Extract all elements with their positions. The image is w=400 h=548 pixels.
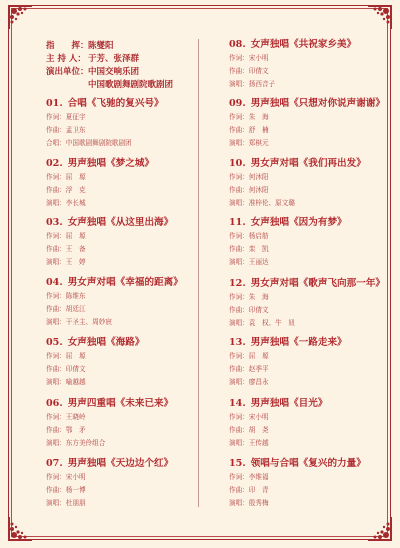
performer-line: 演唱：干圣主、周妙宸 — [46, 316, 206, 329]
performance-credits: 指 挥： 陈燮阳 主 持 人： 于芳、张泽群 演出单位： 中国交响乐团 中国歌剧… — [46, 40, 173, 92]
composer-line: 作曲：印倩文 — [229, 304, 389, 317]
program-item-title: 02.男声独唱《梦之城》 — [46, 157, 206, 171]
composer-line: 作曲：鄂 矛 — [46, 424, 206, 437]
program-item-09: 09.男声独唱《只想对你说声谢谢》 作词：朱 海 作曲：舒 楠 演唱：郑棋元 — [229, 97, 389, 150]
program-item-title: 10.男女声对唱《我们再出发》 — [229, 157, 389, 171]
corner-ornament-icon — [368, 517, 394, 543]
composer-line: 作曲：杨一博 — [46, 484, 206, 497]
performer-line: 演唱：袁 权、牛 妞 — [229, 317, 389, 330]
credit-conductor: 指 挥： 陈燮阳 — [46, 40, 173, 53]
program-item-title: 09.男声独唱《只想对你说声谢谢》 — [229, 97, 389, 111]
performer-line: 演唱：杜朋朋 — [46, 497, 206, 510]
credit-value: 陈燮阳 — [88, 40, 114, 53]
lyricist-line: 作词：屈 塬 — [46, 230, 206, 243]
lyricist-line: 作词：宋小明 — [229, 52, 389, 65]
lyricist-line: 作词：杨启舫 — [229, 230, 389, 243]
program-item-title: 13.男声独唱《一路走来》 — [229, 336, 389, 350]
composer-line: 作曲：何沐阳 — [229, 184, 389, 197]
lyricist-line: 作词：宋小明 — [229, 411, 389, 424]
performer-line: 演唱：王丽达 — [229, 256, 389, 269]
credit-value: 中国交响乐团 — [88, 66, 139, 79]
lyricist-line: 作词：朱 海 — [229, 111, 389, 124]
lyricist-line: 作词：何沐阳 — [229, 171, 389, 184]
program-item-10: 10.男女声对唱《我们再出发》 作词：何沐阳 作曲：何沐阳 演唱：准梓伦、原文璐 — [229, 157, 389, 210]
program-item-03: 03.女声独唱《从这里出海》 作词：屈 塬 作曲：王 备 演唱：王 婷 — [46, 216, 206, 269]
program-item-08: 08.女声独唱《共祝家乡美》 作词：宋小明 作曲：印倩文 演唱：扬西音子 — [229, 38, 389, 91]
performer-line: 演唱：廖昌永 — [229, 376, 389, 389]
composer-line: 作曲：胡 尧 — [229, 424, 389, 437]
composer-line: 作曲：栾 凯 — [229, 243, 389, 256]
program-item-title: 11.女声独唱《因为有梦》 — [229, 216, 389, 230]
performer-line: 演唱：东方美伶组合 — [46, 437, 206, 450]
corner-ornament-icon — [6, 517, 32, 543]
program-item-title: 04.男女声对唱《幸福的距离》 — [46, 276, 206, 290]
program-item-07: 07.男声独唱《天边边个红》 作词：宋小明 作曲：杨一博 演唱：杜朋朋 — [46, 457, 206, 510]
program-item-title: 07.男声独唱《天边边个红》 — [46, 457, 206, 471]
performer-line: 演唱：喻越越 — [46, 376, 206, 389]
lyricist-line: 作词：王晓岭 — [46, 411, 206, 424]
lyricist-line: 作词：屈 塬 — [46, 350, 206, 363]
lyricist-line: 作词：夏征宇 — [46, 111, 206, 124]
composer-line: 作曲：王 备 — [46, 243, 206, 256]
program-item-title: 01.合唱《飞驰的复兴号》 — [46, 97, 206, 111]
credit-performer-2: 中国歌剧舞剧院歌剧团 — [46, 79, 173, 92]
performer-line: 合唱：中国歌剧舞剧院歌剧团 — [46, 137, 206, 150]
composer-line: 作曲：印倩文 — [229, 65, 389, 78]
program-item-title: 15.领唱与合唱《复兴的力量》 — [229, 457, 389, 471]
composer-line: 作曲：舒 楠 — [229, 124, 389, 137]
program-item-15: 15.领唱与合唱《复兴的力量》 作词：李维福 作曲：印 青 演唱：殷秀梅 — [229, 457, 389, 510]
composer-line: 作曲：印 青 — [229, 484, 389, 497]
performer-line: 演唱：王 婷 — [46, 256, 206, 269]
program-item-02: 02.男声独唱《梦之城》 作词：屈 塬 作曲：浮 克 演唱：李长城 — [46, 157, 206, 210]
lyricist-line: 作词：宋小明 — [46, 471, 206, 484]
program-item-05: 05.女声独唱《海路》 作词：屈 塬 作曲：印倩文 演唱：喻越越 — [46, 336, 206, 389]
credit-label: 演出单位： — [46, 66, 88, 79]
program-item-title: 14.男声独唱《目光》 — [229, 397, 389, 411]
performer-line: 演唱：准梓伦、原文璐 — [229, 197, 389, 210]
program-item-title: 06.男声四重唱《未来已来》 — [46, 397, 206, 411]
composer-line: 作曲：胡廷江 — [46, 303, 206, 316]
program-item-11: 11.女声独唱《因为有梦》 作词：杨启舫 作曲：栾 凯 演唱：王丽达 — [229, 216, 389, 269]
program-item-title: 08.女声独唱《共祝家乡美》 — [229, 38, 389, 52]
composer-line: 作曲：孟卫东 — [46, 124, 206, 137]
credit-host: 主 持 人： 于芳、张泽群 — [46, 53, 173, 66]
composer-line: 作曲：赵季平 — [229, 363, 389, 376]
credit-label — [46, 79, 88, 92]
program-item-04: 04.男女声对唱《幸福的距离》 作词：陈维东 作曲：胡廷江 演唱：干圣主、周妙宸 — [46, 276, 206, 329]
corner-ornament-icon — [368, 3, 394, 29]
lyricist-line: 作词：朱 海 — [229, 291, 389, 304]
program-item-title: 03.女声独唱《从这里出海》 — [46, 216, 206, 230]
credit-value: 中国歌剧舞剧院歌剧团 — [88, 79, 173, 92]
composer-line: 作曲：印倩文 — [46, 363, 206, 376]
credit-value: 于芳、张泽群 — [88, 53, 139, 66]
performer-line: 演唱：殷秀梅 — [229, 497, 389, 510]
lyricist-line: 作词：屈 塬 — [229, 350, 389, 363]
performer-line: 演唱：王传越 — [229, 437, 389, 450]
program-item-title: 12.男女声对唱《歌声飞向那一年》 — [229, 277, 389, 291]
credit-performer: 演出单位： 中国交响乐团 — [46, 66, 173, 79]
program-item-12: 12.男女声对唱《歌声飞向那一年》 作词：朱 海 作曲：印倩文 演唱：袁 权、牛… — [229, 277, 389, 330]
performer-line: 演唱：李长城 — [46, 197, 206, 210]
performer-line: 演唱：扬西音子 — [229, 78, 389, 91]
lyricist-line: 作词：屈 塬 — [46, 171, 206, 184]
program-item-14: 14.男声独唱《目光》 作词：宋小明 作曲：胡 尧 演唱：王传越 — [229, 397, 389, 450]
lyricist-line: 作词：李维福 — [229, 471, 389, 484]
lyricist-line: 作词：陈维东 — [46, 290, 206, 303]
program-item-13: 13.男声独唱《一路走来》 作词：屈 塬 作曲：赵季平 演唱：廖昌永 — [229, 336, 389, 389]
performer-line: 演唱：郑棋元 — [229, 137, 389, 150]
credit-label: 指 挥： — [46, 40, 88, 53]
corner-ornament-icon — [6, 3, 32, 29]
composer-line: 作曲：浮 克 — [46, 184, 206, 197]
program-item-01: 01.合唱《飞驰的复兴号》 作词：夏征宇 作曲：孟卫东 合唱：中国歌剧舞剧院歌剧… — [46, 97, 206, 150]
program-item-06: 06.男声四重唱《未来已来》 作词：王晓岭 作曲：鄂 矛 演唱：东方美伶组合 — [46, 397, 206, 450]
credit-label: 主 持 人： — [46, 53, 88, 66]
program-item-title: 05.女声独唱《海路》 — [46, 336, 206, 350]
